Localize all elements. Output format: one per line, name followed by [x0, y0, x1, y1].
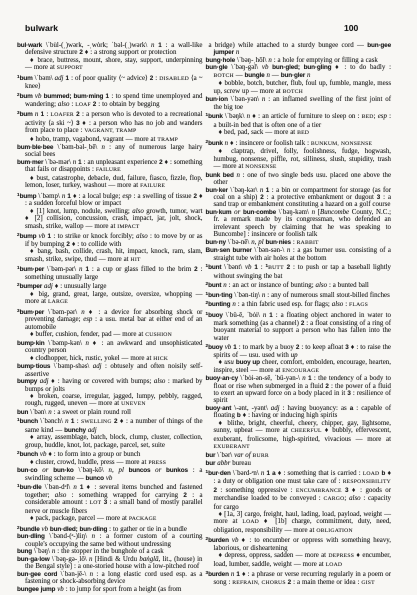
headword: buncos [124, 467, 155, 474]
headword: bum·mer [17, 159, 43, 166]
cross-reference: BED [297, 130, 309, 136]
label-italic: vb [55, 586, 63, 593]
definition-text: ♦ hobo, tramp, vagabond, vagrant — more … [30, 136, 157, 143]
dictionary-entry: bul·wark \ˈbu̇l-(ˌ)wərk, -ˌwȯrk; ˈbəl-(ˌ… [25, 42, 203, 57]
label-italic: vb [229, 538, 239, 545]
sense-number: 1 a [264, 470, 277, 477]
definition-text: \ˈbəmp\ [36, 193, 62, 200]
label-italic: var of [234, 452, 250, 459]
definition-text: \ˈbəŋ-kō\ [74, 467, 109, 474]
headword: bun·gee cord [17, 571, 57, 578]
headword: bun·gle [206, 64, 228, 71]
cross-reference: ENCOURAGE [282, 368, 319, 374]
label-italic: up [291, 352, 298, 359]
dictionary-entry: 2bump vb 1 : to strike or knock forcibly… [25, 231, 203, 248]
definition-text: : to keep afloat [299, 344, 345, 351]
headword: bung [17, 548, 32, 555]
definition-text: \ˈbənd-(ᵊ-)liŋ\ [45, 533, 92, 540]
label-italic: or [231, 209, 243, 216]
headword: bum·per [20, 266, 45, 273]
dictionary-entry: bun·kum or bun·combe \ˈbəŋ-kəm\ n [Bunco… [214, 209, 392, 239]
definition-text: ♦ : a strong support or protection [83, 49, 177, 56]
synonym-paragraph: ♦ hobo, tramp, vagabond, vagrant — more … [25, 136, 203, 144]
definition-text: : an unpleasant experience [84, 159, 159, 166]
dictionary-entry: 3bum n 1 : LOAFER 2 : a person who is de… [25, 109, 203, 136]
label-italic: esp [83, 316, 92, 323]
definition-text: \ˈbər\ [215, 452, 234, 459]
label-italic: baṅglā [139, 556, 158, 563]
headword: bul·wark [17, 42, 42, 49]
label-italic: adj [42, 283, 53, 290]
definition-text: : a thin fabric used esp. for flags; [236, 302, 332, 309]
dictionary-entry: 2bunt n : an act or instance of bunting;… [214, 280, 392, 290]
definition-text: \ˈbən-sən-\ [252, 247, 287, 254]
dictionary-entry: bun·ny \ˈbə-nē\ n, pl bun·nies : RABBIT [214, 239, 392, 247]
dictionary-entry: bun·gee cord \ˈbən-jē-\ n : a long elast… [25, 571, 203, 586]
definition-text: \ˈbəm\ [33, 75, 55, 82]
definition-text: : a cup or glass filled to the brim [92, 266, 194, 273]
headword: bun·ting [208, 292, 232, 299]
definition-text: \ˈbu̇l-(ˌ)wərk, -ˌwȯrk; ˈbəl-(ˌ)wərk\ [42, 42, 151, 49]
cross-reference: EXUBERANT [214, 444, 250, 450]
dictionary-entry: 1bunt \ˈbənt\ vb 1 : 1BUTT 2 : to push o… [214, 262, 392, 280]
definition-text: \ˈbəŋ-kəm\ [276, 209, 312, 216]
label-italic: vb [36, 233, 45, 240]
definition-text: ♦ brace, buttress, mount, shore, stay, s… [25, 57, 203, 71]
cross-reference: SUPPORT [57, 65, 83, 71]
cross-reference: CUSHION [145, 332, 172, 338]
synonym-paragraph: ♦ [1] knot, lump, nodule, swelling; also… [25, 208, 203, 231]
definition-text: : a hole for emptying or filling a cask [272, 57, 378, 64]
synonym-paragraph: ♦ claptrap, drivel, folly, foolishness, … [214, 148, 392, 171]
definition-text: ♦ broken, coarse, irregular, jagged, lum… [25, 393, 203, 407]
headword: bunch [20, 452, 38, 459]
definition-text: \ˈbəmp-shəs\ [50, 363, 92, 370]
label-italic: adj [271, 405, 280, 412]
dictionary-entry: bun·dling \ˈbənd-(ᵊ-)liŋ\ n : a former c… [25, 533, 203, 548]
headword: bun·ion [206, 96, 228, 103]
headword: buoy·an·cy [206, 375, 239, 382]
dictionary-entry: buoy·an·cy \ˈbȯi-ən-sē, ˈbü-yən-\ n 1 : … [214, 375, 392, 405]
dictionary-entry: 2bundle vb bun·dled; bun·dling : to gath… [25, 524, 203, 534]
dictionary-entry: bun·ion \ˈbən-yən\ n : an inflamed swell… [214, 96, 392, 111]
cross-reference: BUNKUM, NONSENSE [311, 141, 372, 147]
label-italic: vb [223, 344, 232, 351]
headword: bun·gled; bun·gling [268, 64, 331, 71]
definition-text: [Hindi & Urdu [93, 556, 140, 563]
definition-text: : to strike or knock forcibly; [53, 233, 136, 240]
definition-text: : a bunted ball [327, 282, 369, 289]
synonym-paragraph: ♦ array, assemblage, batch, block, clump… [25, 434, 203, 449]
headword: bunch [20, 419, 38, 426]
headword: bungle [245, 72, 265, 79]
headword: bun·gler [281, 72, 305, 79]
synonym-paragraph: ♦ bed, pad, sack — more at BED [214, 129, 392, 137]
label-italic: adj [37, 378, 48, 385]
column-right: a bridge) while attached to a sturdy bun… [214, 42, 392, 593]
definition-text: — [270, 72, 281, 79]
headword: bun·dled; bun·dling [48, 526, 107, 533]
sense-number: 3 [342, 487, 352, 494]
definition-text: : to obtain by begging [98, 101, 159, 108]
definition-text: : a main theme or idea : [293, 579, 361, 586]
headword: bum [20, 111, 33, 118]
label-italic: n, pl [251, 239, 263, 246]
dictionary-entry: 2bum vb bummed; bum·ming 1 : to spend ti… [25, 91, 203, 109]
label-italic: esp [378, 113, 387, 120]
sense-number: 3 [101, 499, 109, 506]
headword: bungee jump [17, 586, 55, 593]
definition-text: ♦ : unusually large [53, 283, 107, 290]
sense-number: 1 [77, 485, 87, 492]
definition-text: \ˈbən-jē-\ [57, 571, 89, 578]
headword: bunchy [64, 427, 86, 434]
definition-text: \ˈbənch\ [38, 419, 65, 426]
headword: burden [208, 572, 229, 579]
dictionary-entry: 1bump \ˈbəmp\ n 1 ♦ : a local bulge; esp… [25, 191, 203, 208]
cross-reference: HICK [153, 356, 168, 362]
dictionary-entry: 3bum·per \ˈbəm-pər\ n ♦ : a device for a… [25, 307, 203, 332]
headword: bur [206, 460, 216, 467]
definition-text: ♦ bust, catastrophe, debacle, dud, failu… [25, 175, 203, 189]
definition-text: \ˈbən-yən\ [228, 96, 262, 103]
cross-reference: GIST [361, 580, 374, 586]
definition-text: : an act or instance of bunting; [227, 282, 316, 289]
cross-reference: LARGE [48, 299, 68, 305]
headword: bur [206, 452, 216, 459]
definition-text: ♦ : a local bulge; [73, 193, 122, 200]
label-italic: vb [40, 526, 48, 533]
definition-text: ♦ cluster, crowd, huddle, press — more a… [30, 459, 148, 466]
label-italic: also [349, 495, 361, 502]
label-italic: usu [224, 359, 234, 366]
label-italic: also [154, 378, 166, 385]
sense-number: 1 [69, 419, 77, 426]
headword: Bun·sen burner [206, 247, 252, 254]
dictionary-entry: 1bum \ˈbəm\ adj 1 : of poor quality ⟨~ a… [25, 73, 203, 91]
cross-reference: SWELLING [81, 420, 112, 426]
sense-number: 1 [234, 572, 242, 579]
dictionary-entry: 1bur·den \ˈbərd-ᵊn\ n 1 a ♦ : something … [214, 468, 392, 511]
definition-text: ♦ : to form into a group or bunch [46, 452, 140, 459]
definition-text: ♦ buffer, cushion, fender, pad — more at [30, 331, 145, 338]
sense-number: 1 [65, 193, 73, 200]
definition-text: : something wrapped for carrying [66, 492, 183, 499]
definition-text: \ˈbə-mər\ [43, 159, 72, 166]
definition-text: ♦ [1] knot, lump, nodule, swelling; [30, 208, 132, 215]
definition-text: \-ənt, -yənt\ [231, 405, 270, 412]
label-italic: also [55, 492, 67, 499]
definition-text: ♦ bang, bash, collide, crash, hit, impac… [25, 248, 203, 262]
synonym-paragraph: ♦ usu buoy up cheer, comfort, embolden, … [214, 359, 392, 375]
definition-text: : the stopper in the bunghole of a cask [55, 548, 163, 555]
headword: buoy up [236, 359, 260, 366]
definition-text: \ˈbə-nē\ [226, 239, 251, 246]
sense-number: 1 [263, 187, 271, 194]
cross-reference: LOAF [75, 102, 91, 108]
headword: bum·per [20, 309, 45, 316]
dictionary-entry: 1bun·dle \ˈbən-dᵊl\ n 1 ♦ : several item… [25, 482, 203, 515]
headword: bunkos [161, 467, 188, 474]
definition-text: ♦ depress, oppress, sadden — more at [219, 552, 329, 559]
synonym-paragraph: ♦ big, grand, great, large, outsize, ove… [25, 291, 203, 307]
dictionary-entry: bur \ˈbər\ var of BURR [214, 452, 392, 460]
dictionary-entry: bump·kin \ˈbəmp-kən\ n ♦ : an awkward an… [25, 340, 203, 355]
headword: bun·nies [264, 239, 291, 246]
synonym-paragraph: ♦ buffer, cushion, fender, pad — more at… [25, 331, 203, 339]
definition-text: — [234, 72, 245, 79]
sense-number: 1 [63, 75, 71, 82]
cross-reference: HIT [131, 257, 141, 263]
cross-reference: BUTT [268, 265, 284, 271]
dictionary-entry: 1buoy \ˈbü-ē, ˈbȯi\ n 1 : a floating obj… [214, 310, 392, 342]
definition-text: ♦ claptrap, drivel, folly, foolishness, … [214, 148, 392, 170]
synonym-paragraph: ♦ bobble, botch, butcher, flub, foul up,… [214, 80, 392, 96]
label-italic: or [37, 467, 53, 474]
sense-number: 1 [252, 264, 261, 271]
cross-reference: LOAFER [51, 112, 74, 118]
dictionary-entry: bung \ˈbəŋ\ n : the stopper in the bungh… [25, 548, 203, 555]
headword: bunt [208, 264, 221, 271]
definition-text: : of poor quality ⟨~ advice⟩ [71, 75, 150, 82]
definition-text: \ˈbəŋ\ [32, 548, 52, 555]
definition-text: \ˈbənt\ [221, 264, 245, 271]
label-italic: also [132, 208, 144, 215]
cross-reference: BED [362, 114, 374, 120]
definition-text: ♦ : insincere or foolish talk : [228, 140, 311, 147]
definition-text: : a protective embankment or dugout [264, 194, 377, 201]
text-columns: bul·wark \ˈbu̇l-(ˌ)wərk, -ˌwȯrk; ˈbəl-(ˌ… [25, 42, 391, 593]
definition-text: ♦ array, assemblage, batch, block, clump… [25, 434, 203, 448]
dictionary-entry: 2bunting n : a thin fabric used esp. for… [214, 299, 392, 310]
synonym-paragraph: ♦ clodhopper, hick, rustic, yokel — more… [25, 355, 203, 363]
sense-number: 2 [74, 111, 82, 118]
cross-reference: REFRAIN, CHORUS [232, 580, 285, 586]
definition-text: \ˈbəŋ-ˌhōl\ [235, 57, 268, 64]
headword: bun·ny [206, 239, 226, 246]
dictionary-entry: 2buoy vb 1 : to mark by a buoy 2 : to ke… [214, 342, 392, 359]
headword: bum·ble·bee [17, 144, 53, 151]
headword: bum [20, 75, 33, 82]
cross-reference: CARGO [323, 496, 344, 502]
guide-word: bulwark [25, 23, 58, 33]
headword: bump [20, 193, 37, 200]
definition-text: \ˈbȯi-ən-sē, ˈbü-yən-\ [238, 375, 302, 382]
dictionary-entry: bur abbr bureau [214, 460, 392, 467]
headword: bum [20, 93, 33, 100]
synonym-paragraph: ♦ depress, oppress, sadden — more at DEP… [214, 552, 392, 569]
definition-text: : a sweet or plain round roll [52, 409, 131, 416]
definition-text: \ˈbəŋ-gə-ˌlō\ [50, 556, 89, 563]
definition-text: : a swelling of tissue [132, 193, 194, 200]
headword: bundle [20, 526, 40, 533]
label-italic: adj [86, 427, 97, 434]
label-italic: esp [122, 193, 131, 200]
cross-reference: BOTCH [283, 89, 303, 95]
cross-reference: LOAD [242, 519, 259, 525]
cross-reference: PRESS [148, 460, 166, 466]
headword: bunting [208, 302, 230, 309]
cross-reference: CHEERFUL [291, 428, 322, 434]
label-italic: also [136, 233, 148, 240]
dictionary-entry: 2bunch vb ♦ : to form into a group or bu… [25, 449, 203, 459]
dictionary-entry: bumpy adj ♦ : having or covered with bum… [25, 378, 203, 393]
definition-text: \ˈbəŋ-gəl\ [228, 64, 262, 71]
definition-text: \ˈbü-ē, ˈbȯi\ [223, 312, 263, 319]
headword: bun·ker [206, 187, 228, 194]
definition-text: \ˈbəŋ-kər\ [228, 187, 260, 194]
dictionary-page: bulwark 100 bul·wark \ˈbu̇l-(ˌ)wərk, -ˌw… [0, 0, 417, 595]
label-italic: n, pl [109, 467, 124, 474]
headword: bumpy [17, 378, 37, 385]
headword: bun [17, 409, 28, 416]
sense-number: 1 [82, 266, 91, 273]
headword: bump [20, 233, 37, 240]
dictionary-entry: bun·gle \ˈbəŋ-gəl\ vb bun·gled; bun·glin… [214, 64, 392, 80]
headword: bummed; bum·ming [41, 93, 103, 100]
headword: bung·hole [206, 57, 236, 64]
label-italic: n [234, 49, 239, 56]
dictionary-entry: 2bumper adj ♦ : unusually large [25, 281, 203, 291]
definition-text: \ˈbəm-bəl-ˌbē\ [53, 144, 101, 151]
label-italic: also [316, 282, 328, 289]
dictionary-entry: buoy·ant \-ənt, -yənt\ adj : having buoy… [214, 405, 392, 420]
dictionary-entry: 1bum·per \ˈbəm-pər\ n 1 : a cup or glass… [25, 264, 203, 281]
definition-text: \ˈbəm-pər\ [44, 266, 79, 273]
definition-text: \ˈbəŋk\ [223, 113, 247, 120]
definition-text: : having buoyancy: as [280, 405, 350, 412]
dictionary-entry: bun \ˈbən\ n : a sweet or plain round ro… [25, 409, 203, 416]
cross-reference: IMPACT [117, 224, 139, 230]
label-italic: also [58, 101, 70, 108]
sense-number: 2 [112, 419, 120, 426]
sense-number: 1 [76, 159, 83, 166]
dictionary-entry: 1bunch \ˈbənch\ n 1 : SWELLING 2 ♦ : a n… [25, 416, 203, 434]
synonym-paragraph: ♦ bust, catastrophe, debacle, dud, failu… [25, 175, 203, 191]
definition-text: ♦ : to collide with [70, 241, 121, 248]
definition-text: ♦ pack, package, parcel — more at [30, 515, 129, 522]
definition-text: : to gather or tie in a bundle [107, 526, 187, 533]
definition-text: ♦ : to do badly : [331, 64, 391, 71]
headword: bun·co [17, 467, 37, 474]
headword: bunt [208, 282, 221, 289]
definition-text: ♦ bed, pad, sack — more at [219, 129, 298, 136]
label-italic: Buncombe [320, 209, 349, 216]
sense-number: 2 [284, 264, 293, 271]
dictionary-entry: 1bunk \ˈbəŋk\ n ♦ : an article of furnit… [214, 111, 392, 129]
definition-text: ♦ : something that is carried : [278, 470, 363, 477]
label-italic: vb [104, 475, 112, 482]
headword: bur·den [208, 470, 231, 477]
cross-reference: DEPRESS [328, 553, 354, 559]
definition-text: a bridge) while attached to a sturdy bun… [209, 42, 368, 49]
headword: bun·ko [53, 467, 73, 474]
cross-reference: LOAD [363, 471, 380, 477]
headword: buoy [208, 344, 223, 351]
cross-reference: LOAD [326, 562, 343, 568]
definition-text: \ˈbəm-pər\ [44, 309, 81, 316]
sense-number: 1 [306, 375, 314, 382]
headword: bun·kum [206, 209, 232, 216]
cross-reference: DISABLED [159, 76, 189, 82]
synonym-paragraph: ♦ brace, buttress, mount, shore, stay, s… [25, 57, 203, 73]
sense-number: 1 [231, 344, 239, 351]
headword: bun·dling [17, 533, 45, 540]
headword: buoy·ant [206, 405, 232, 412]
sense-number: 1 [266, 312, 275, 319]
cross-reference: VAGRANT, TRAMP [84, 128, 136, 134]
cross-reference: RABBIT [297, 240, 319, 246]
headword: bun·dle [20, 485, 42, 492]
synonym-paragraph: ♦ blithe, bright, cheerful, cheery, chip… [214, 420, 392, 452]
cross-reference: UNEVEN [121, 401, 146, 407]
definition-text: \ˈbən-tiŋ\ [232, 292, 261, 299]
dictionary-entry: 2bunk n ♦ : insincere or foolish talk : … [214, 138, 392, 149]
headword: bunk bed [206, 172, 234, 179]
synonym-paragraph: ♦ broken, coarse, irregular, jagged, lum… [25, 393, 203, 409]
dictionary-entry: 3burden n 1 ♦ : a phrase or verse recurr… [214, 569, 392, 587]
headword: buoy [208, 312, 223, 319]
definition-text: ♦ : an article of furniture to sleep on … [250, 113, 362, 120]
cross-reference: RESPONSIBILITY [343, 479, 391, 485]
label-italic: adj [93, 363, 102, 370]
page-header: bulwark 100 [25, 23, 417, 35]
dictionary-entry: bum·ble·bee \ˈbəm-bəl-ˌbē\ n : any of nu… [25, 144, 203, 159]
headword: bump·kin [17, 340, 45, 347]
cross-reference: NONSENSE [245, 164, 276, 170]
definition-text: : to mark by a buoy [239, 344, 296, 351]
dictionary-entry: 1bun·ting \ˈbən-tiŋ\ n : any of numerous… [214, 290, 392, 300]
headword: bunco [86, 475, 104, 482]
definition-text: \ˈbən\ [28, 409, 48, 416]
dictionary-entry: bun·ga·low \ˈbəŋ-gə-ˌlō\ n [Hindi & Urdu… [25, 556, 203, 571]
dictionary-entry: bum·mer \ˈbə-mər\ n 1 : an unpleasant ex… [25, 159, 203, 175]
sense-number: 1 [154, 42, 165, 49]
definition-text: \ˈbən-dᵊl\ [42, 485, 74, 492]
cross-reference: BOTCH [214, 73, 234, 79]
dictionary-entry: bungee jump vb : to jump for sport from … [25, 586, 203, 593]
label-italic: also [332, 302, 344, 309]
definition-text: : something oppressive : [220, 487, 295, 494]
label-italic: abbr [215, 460, 230, 467]
definition-text: ♦ : to encumber or oppress with somethin… [214, 538, 391, 552]
cross-reference: FAILURE [140, 183, 165, 189]
definition-text: \ˈbərd-ᵊn\ [231, 470, 261, 477]
page-number: 100 [344, 23, 358, 33]
headword: bump·tious [17, 363, 50, 370]
dictionary-entry: bun·co or bun·ko \ˈbəŋ-kō\ n, pl buncos … [25, 467, 203, 482]
synonym-paragraph: ♦ bang, bash, collide, crash, hit, impac… [25, 248, 203, 264]
cross-reference: LOT [90, 500, 102, 506]
dictionary-entry: bunk bed n : one of two single beds usu.… [214, 172, 392, 187]
definition-text: : any of numerous small stout-billed fin… [265, 292, 389, 299]
definition-text: ♦ : having or covered with bumps; [49, 378, 154, 385]
cross-reference: ENCUMBRANCE [296, 488, 342, 494]
dictionary-entry: bun·ker \ˈbəŋ-kər\ n 1 : a bin or compar… [214, 187, 392, 209]
cross-reference: TRAMP [157, 137, 178, 143]
synonym-paragraph: ♦ [1a, 3] cargo, freight, haul, lading, … [214, 511, 392, 535]
synonym-paragraph: ♦ pack, package, parcel — more at PACKAG… [25, 515, 203, 523]
headword: bun·combe [243, 209, 276, 216]
headword: bumper [20, 283, 43, 290]
definition-text: ♦ : having or inducing high spirits [241, 412, 338, 419]
definition-text: : to jump for sport from a height (as fr… [64, 586, 182, 593]
dictionary-entry: Bun·sen burner \ˈbən-sən-\ n : a gas bur… [214, 247, 392, 262]
cross-reference: PACKAGE [129, 516, 157, 522]
dictionary-entry: 2burden vb ♦ : to encumber or oppress wi… [214, 535, 392, 552]
cross-reference: FLAGS [349, 303, 368, 309]
headword: bunk [208, 140, 223, 147]
